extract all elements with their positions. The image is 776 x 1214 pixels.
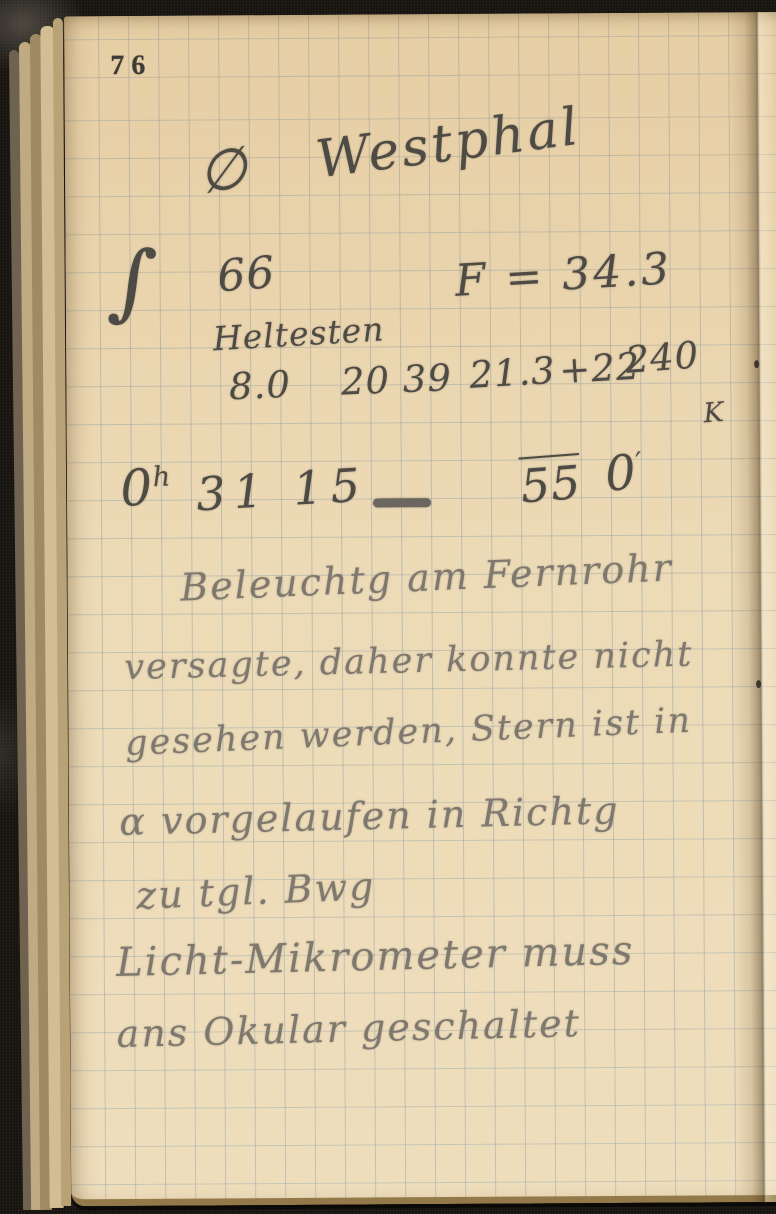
ink-speck [756, 680, 761, 688]
note-line: zu tgl. Bwg [135, 864, 376, 918]
ra-min-sec: 31 15 [195, 458, 370, 522]
separator-dash: — [373, 492, 431, 511]
printed-page-number: 76 [110, 50, 152, 82]
note-line: Beleuchtg am Fernrohr [179, 545, 673, 609]
note-line: versagte, daher konnte nicht [124, 635, 694, 688]
note-line: ans Okular geschaltet [116, 1001, 581, 1056]
dec-arcminutes: 0′ [603, 443, 647, 502]
object-title: Westphal [313, 97, 584, 191]
notebook-scan: 76 ∅ Westphal ∫ 66 F = 34.3 Heltesten 8.… [0, 0, 776, 1214]
dash-mark: — [373, 498, 431, 507]
entry-number: 66 [215, 247, 277, 302]
annotation-mark: K [702, 397, 725, 430]
note-line: gesehen werden, Stern ist in [124, 701, 692, 764]
note-line: α vorgelaufen in Richtg [119, 788, 620, 844]
focus-value: F = 34.3 [453, 243, 673, 307]
ra-hours-digit: 0 [119, 458, 155, 518]
object-symbol: ∅ [193, 135, 254, 208]
time-value: 20 39 [340, 356, 453, 404]
magnitude-value: 8.0 [228, 363, 292, 408]
notebook-page: 76 ∅ Westphal ∫ 66 F = 34.3 Heltesten 8.… [64, 12, 776, 1206]
ink-speck [754, 360, 759, 368]
ra-hours: 0h [119, 457, 174, 518]
seconds-value: 21.3 [468, 349, 557, 397]
note-line: Licht-Mikrometer muss [116, 928, 635, 986]
integral-mark: ∫ [105, 230, 160, 334]
entry-label: Heltesten [212, 309, 386, 358]
dec-degrees: 55 [519, 455, 583, 513]
arcmin-digit: 0 [603, 444, 640, 503]
prime-mark: ′ [634, 446, 644, 478]
hours-unit: h [152, 460, 173, 493]
extra-value: 240 [624, 333, 701, 381]
